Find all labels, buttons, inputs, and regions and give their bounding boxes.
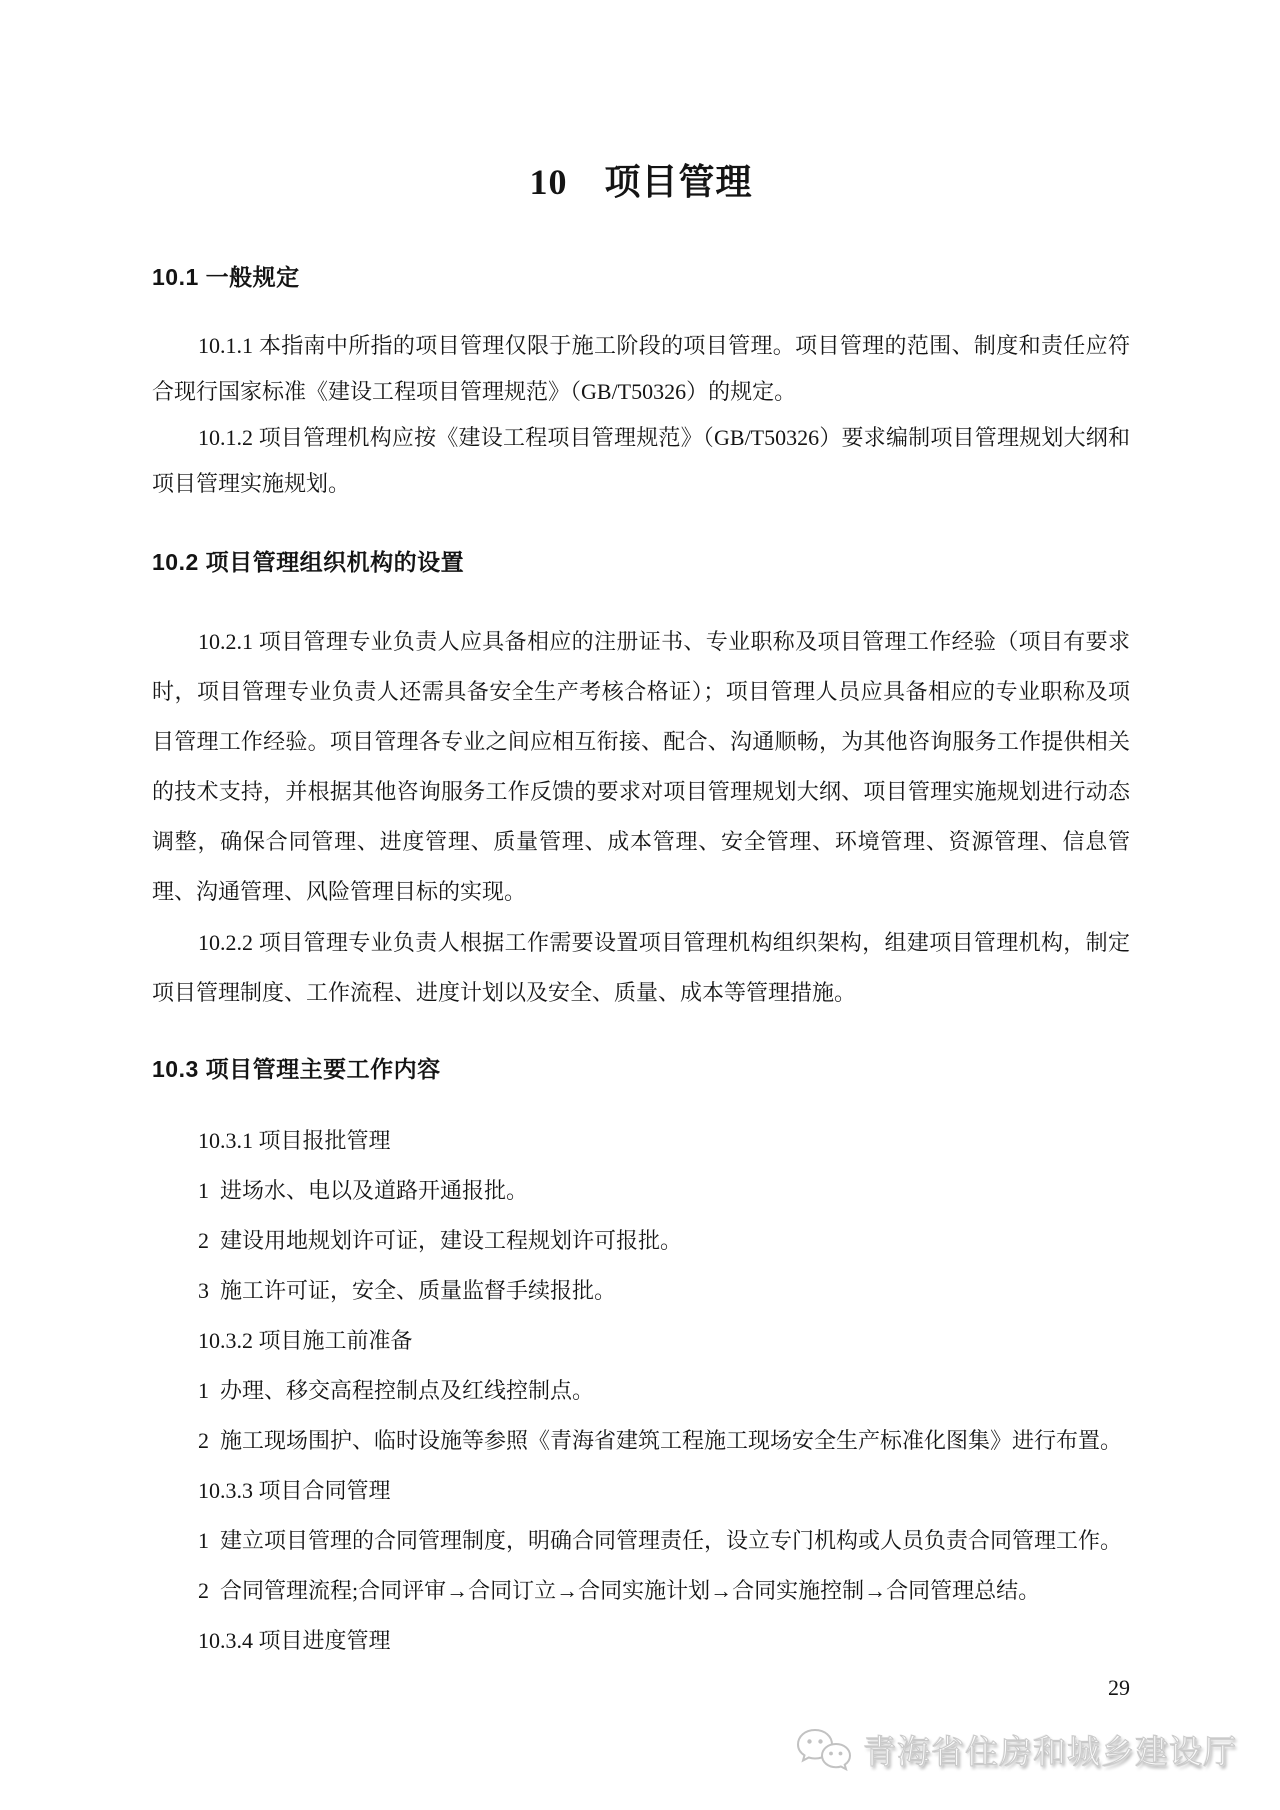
section-heading-10-2: 10.2 项目管理组织机构的设置: [152, 547, 1130, 577]
subheading-10-3-2: 10.3.2 项目施工前准备: [152, 1316, 1130, 1366]
paragraph-10-2-2: 10.2.2 项目管理专业负责人根据工作需要设置项目管理机构组织架构，组建项目管…: [152, 918, 1130, 1018]
paragraph-10-1-1: 10.1.1 本指南中所指的项目管理仅限于施工阶段的项目管理。项目管理的范围、制…: [152, 323, 1130, 415]
watermark-text: 青海省住房和城乡建设厅: [863, 1726, 1237, 1778]
list-item: 2 合同管理流程;合同评审→合同订立→合同实施计划→合同实施控制→合同管理总结。: [152, 1566, 1130, 1616]
list-item: 2 建设用地规划许可证，建设工程规划许可报批。: [152, 1216, 1130, 1266]
list-item: 1 办理、移交高程控制点及红线控制点。: [152, 1366, 1130, 1416]
list-item: 1 建立项目管理的合同管理制度，明确合同管理责任，设立专门机构或人员负责合同管理…: [152, 1516, 1130, 1566]
subheading-10-3-1: 10.3.1 项目报批管理: [152, 1116, 1130, 1166]
document-page: 10 项目管理 10.1 一般规定 10.1.1 本指南中所指的项目管理仅限于施…: [0, 0, 1280, 1810]
section-heading-10-3: 10.3 项目管理主要工作内容: [152, 1054, 1130, 1084]
page-title: 10 项目管理: [152, 162, 1130, 202]
paragraph-10-2-1: 10.2.1 项目管理专业负责人应具备相应的注册证书、专业职称及项目管理工作经验…: [152, 617, 1130, 917]
paragraph-10-1-2: 10.1.2 项目管理机构应按《建设工程项目管理规范》（GB/T50326）要求…: [152, 415, 1130, 507]
subheading-10-3-4: 10.3.4 项目进度管理: [152, 1616, 1130, 1666]
list-item: 3 施工许可证，安全、质量监督手续报批。: [152, 1266, 1130, 1316]
list-item: 1 进场水、电以及道路开通报批。: [152, 1166, 1130, 1216]
subheading-10-3-3: 10.3.3 项目合同管理: [152, 1466, 1130, 1516]
wechat-icon: [795, 1727, 853, 1777]
section-heading-10-1: 10.1 一般规定: [152, 262, 1130, 292]
list-item: 2 施工现场围护、临时设施等参照《青海省建筑工程施工现场安全生产标准化图集》进行…: [152, 1416, 1130, 1466]
page-number: 29: [152, 1673, 1130, 1703]
watermark-footer: 青海省住房和城乡建设厅: [795, 1726, 1237, 1778]
